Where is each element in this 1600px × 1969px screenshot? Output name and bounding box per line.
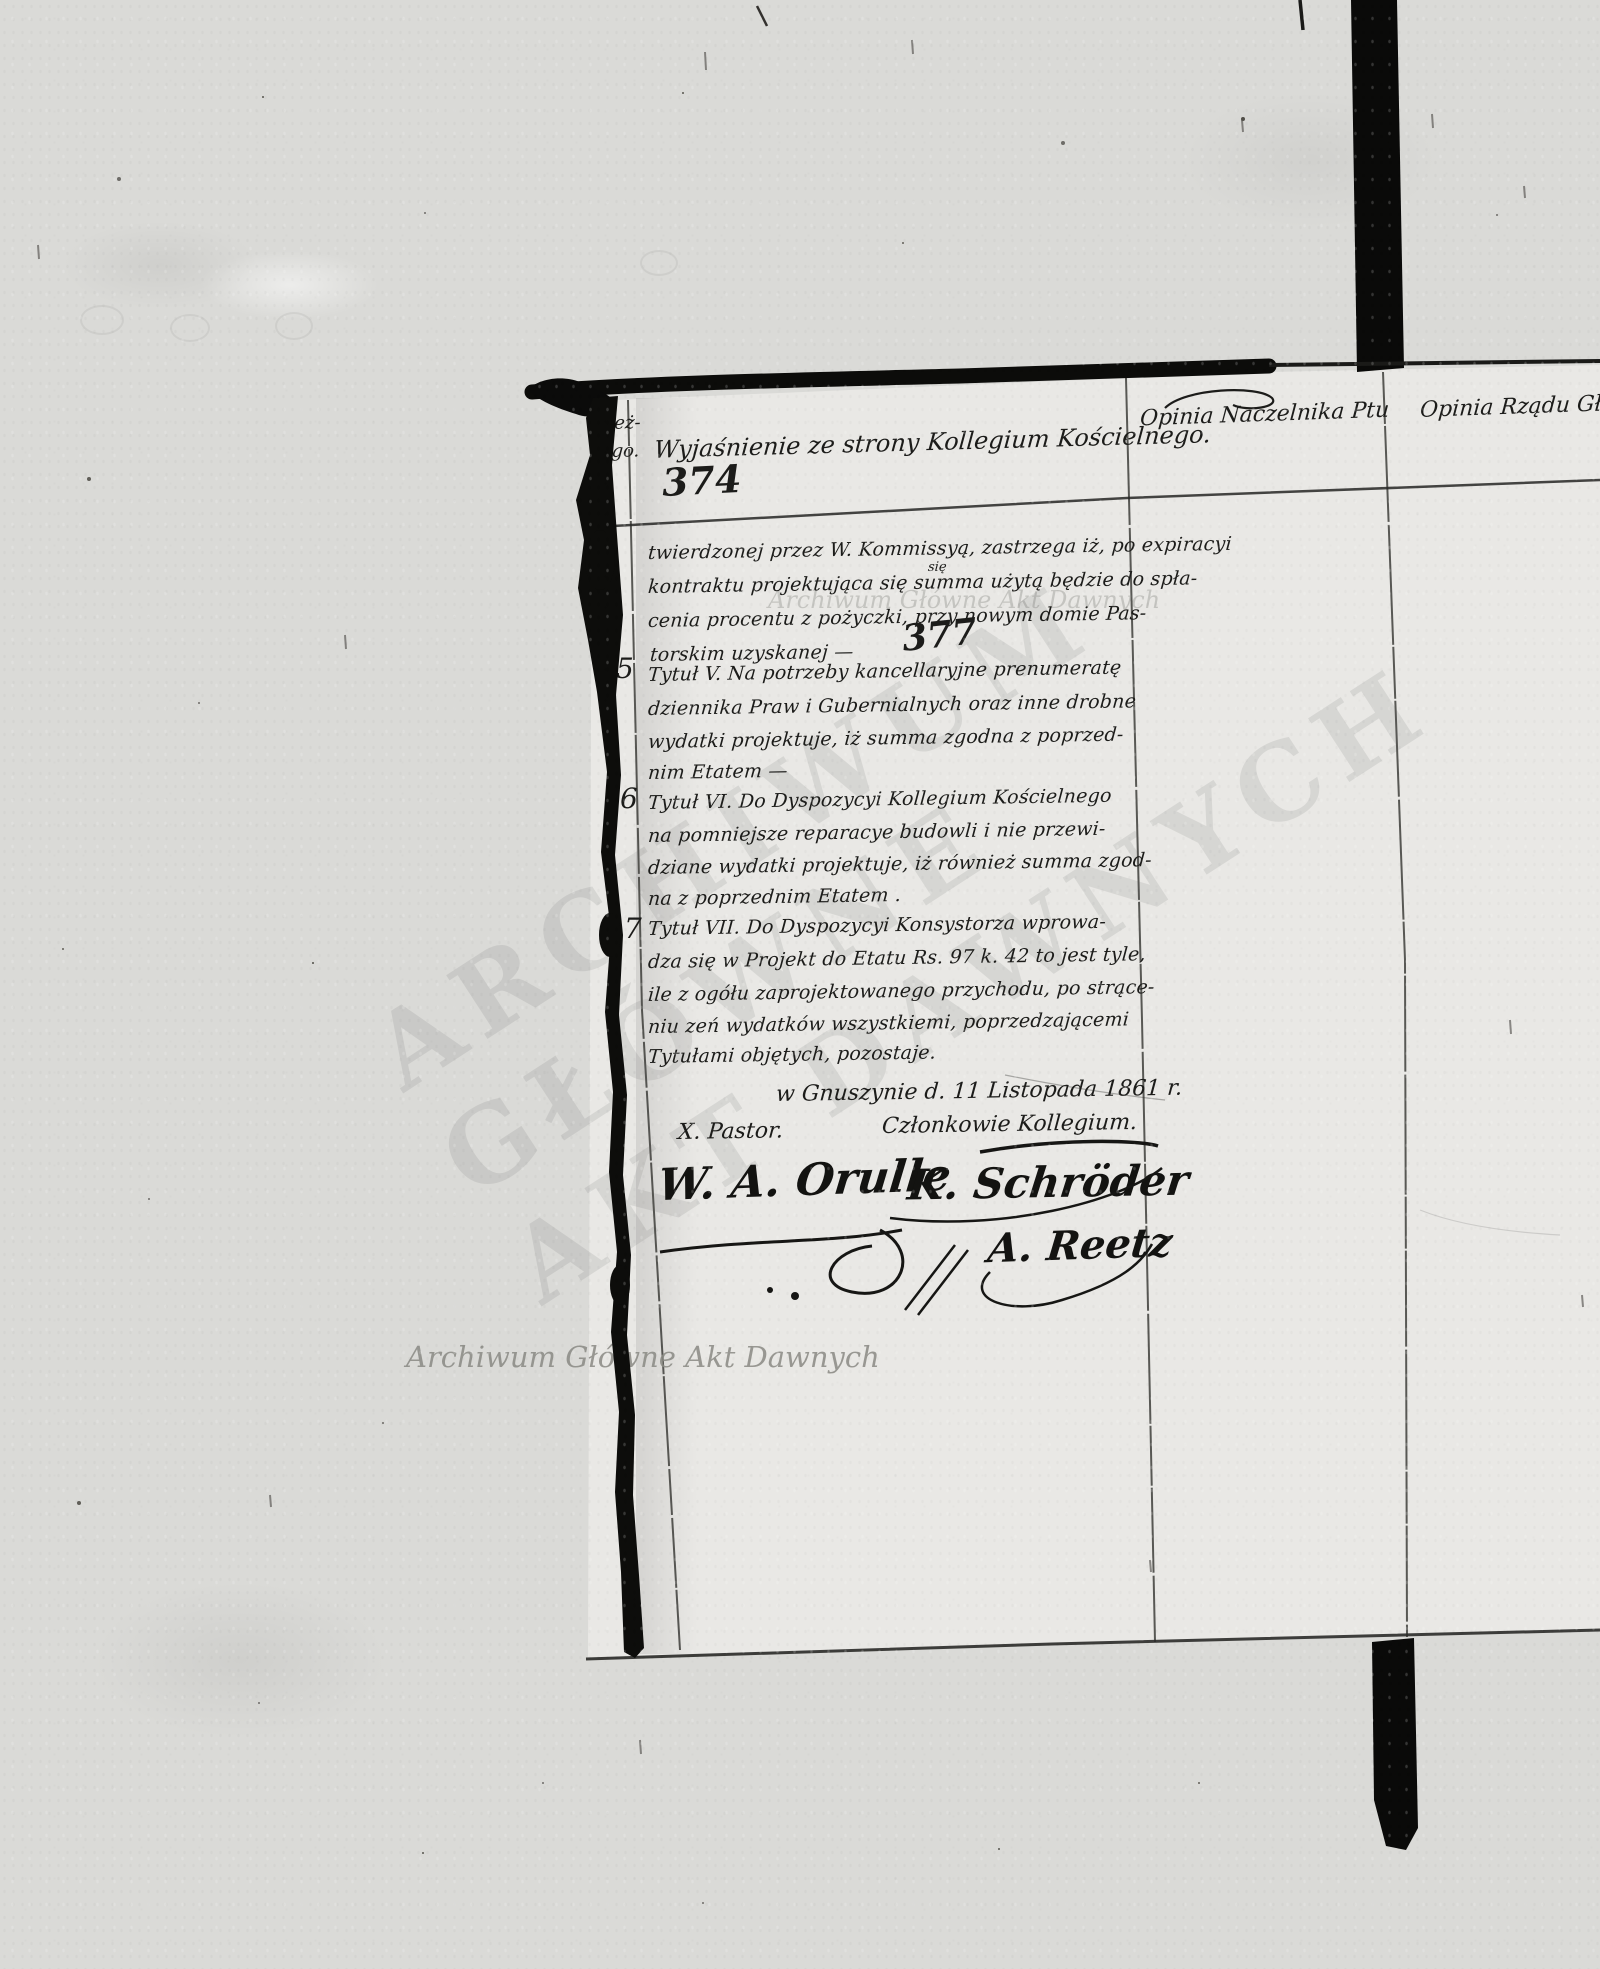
black-bar-top-right (1351, 0, 1404, 372)
black-bar-bottom-right (1372, 1638, 1418, 1850)
binding-shadow-strip (576, 396, 644, 1658)
black-occlusions (0, 0, 1600, 1969)
binding-blob (610, 1265, 630, 1305)
binding-blob (599, 913, 621, 957)
scanned-document-photo: Archiwum Główne Akt Dawnych Archiwum Głó… (0, 0, 1600, 1969)
page-top-edge-band (532, 366, 1269, 392)
page-top-edge-thin (1269, 361, 1600, 365)
binding-blob (585, 530, 615, 590)
